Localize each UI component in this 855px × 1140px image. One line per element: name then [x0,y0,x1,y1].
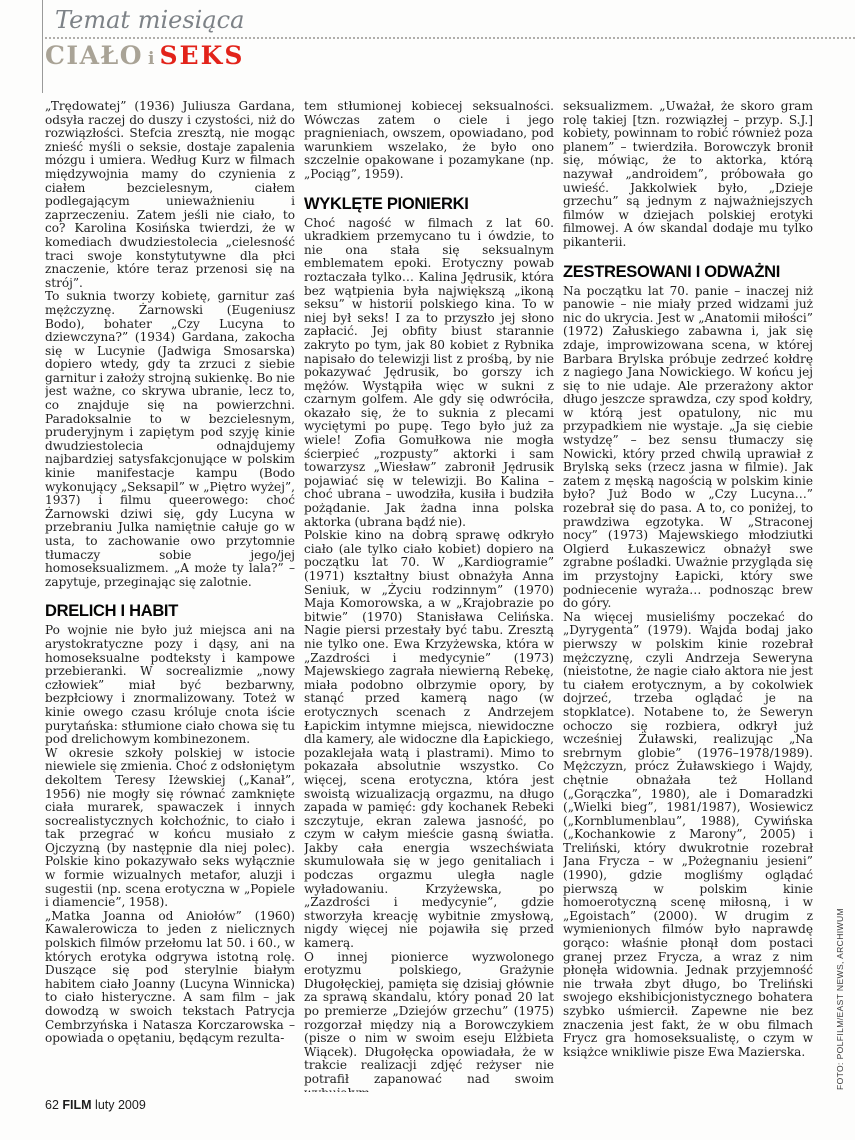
header-left-rule [42,0,43,93]
page-number: 62 [45,1098,59,1112]
dotted-divider [45,37,855,39]
body-paragraph: seksualizmem. „Uważał, że skoro gram rol… [563,100,813,250]
magazine-name: FILM [62,1098,91,1112]
section-heading: ZESTRESOWANI I ODWAŻNI [563,263,813,282]
page-title: CIAŁOiSEKS [45,41,244,70]
body-paragraph: tem stłumionej kobiecej seksualności. Wó… [304,100,554,182]
text-column-1: „Trędowatej” (1936) Juliusza Gardana, od… [45,100,295,1092]
body-paragraph: Na więcej musieliśmy poczekać do „Dyryge… [563,611,813,1060]
body-paragraph: O innej pionierce wyzwolonego erotyzmu p… [304,951,554,1092]
body-paragraph: Po wojnie nie było już miejsca ani na ar… [45,624,295,746]
body-paragraph: Choć nagość w filmach z lat 60. ukradkie… [304,217,554,530]
body-paragraph: Na początku lat 70. panie – inaczej niż … [563,285,813,611]
section-heading: WYKLĘTE PIONIERKI [304,195,554,214]
title-word-seks: SEKS [159,41,244,70]
body-paragraph: „Trędowatej” (1936) Juliusza Gardana, od… [45,100,295,290]
body-paragraph: W okresie szkoły polskiej w istocie niew… [45,747,295,910]
body-paragraph: „Matka Joanna od Aniołów” (1960) Kawaler… [45,910,295,1046]
page-footer: 62 FILM luty 2009 [45,1098,146,1112]
body-paragraph: Polskie kino na dobrą sprawę odkryło cia… [304,529,554,950]
title-conjunction: i [148,49,154,69]
body-paragraph: To suknia tworzy kobietę, garnitur zaś m… [45,290,295,589]
section-kicker: Temat miesiąca [55,6,244,34]
text-column-3: seksualizmem. „Uważał, że skoro gram rol… [563,100,813,1092]
issue-label: luty 2009 [95,1098,146,1112]
article-body: „Trędowatej” (1936) Juliusza Gardana, od… [45,100,813,1092]
magazine-page: Temat miesiąca CIAŁOiSEKS „Trędowatej” (… [0,0,855,1140]
photo-credit: FOTO: POLFILM/EAST NEWS, ARCHIWUM [835,918,845,1090]
title-word-cialo: CIAŁO [45,41,143,70]
section-heading: DRELICH I HABIT [45,602,295,621]
text-column-2: tem stłumionej kobiecej seksualności. Wó… [304,100,554,1092]
